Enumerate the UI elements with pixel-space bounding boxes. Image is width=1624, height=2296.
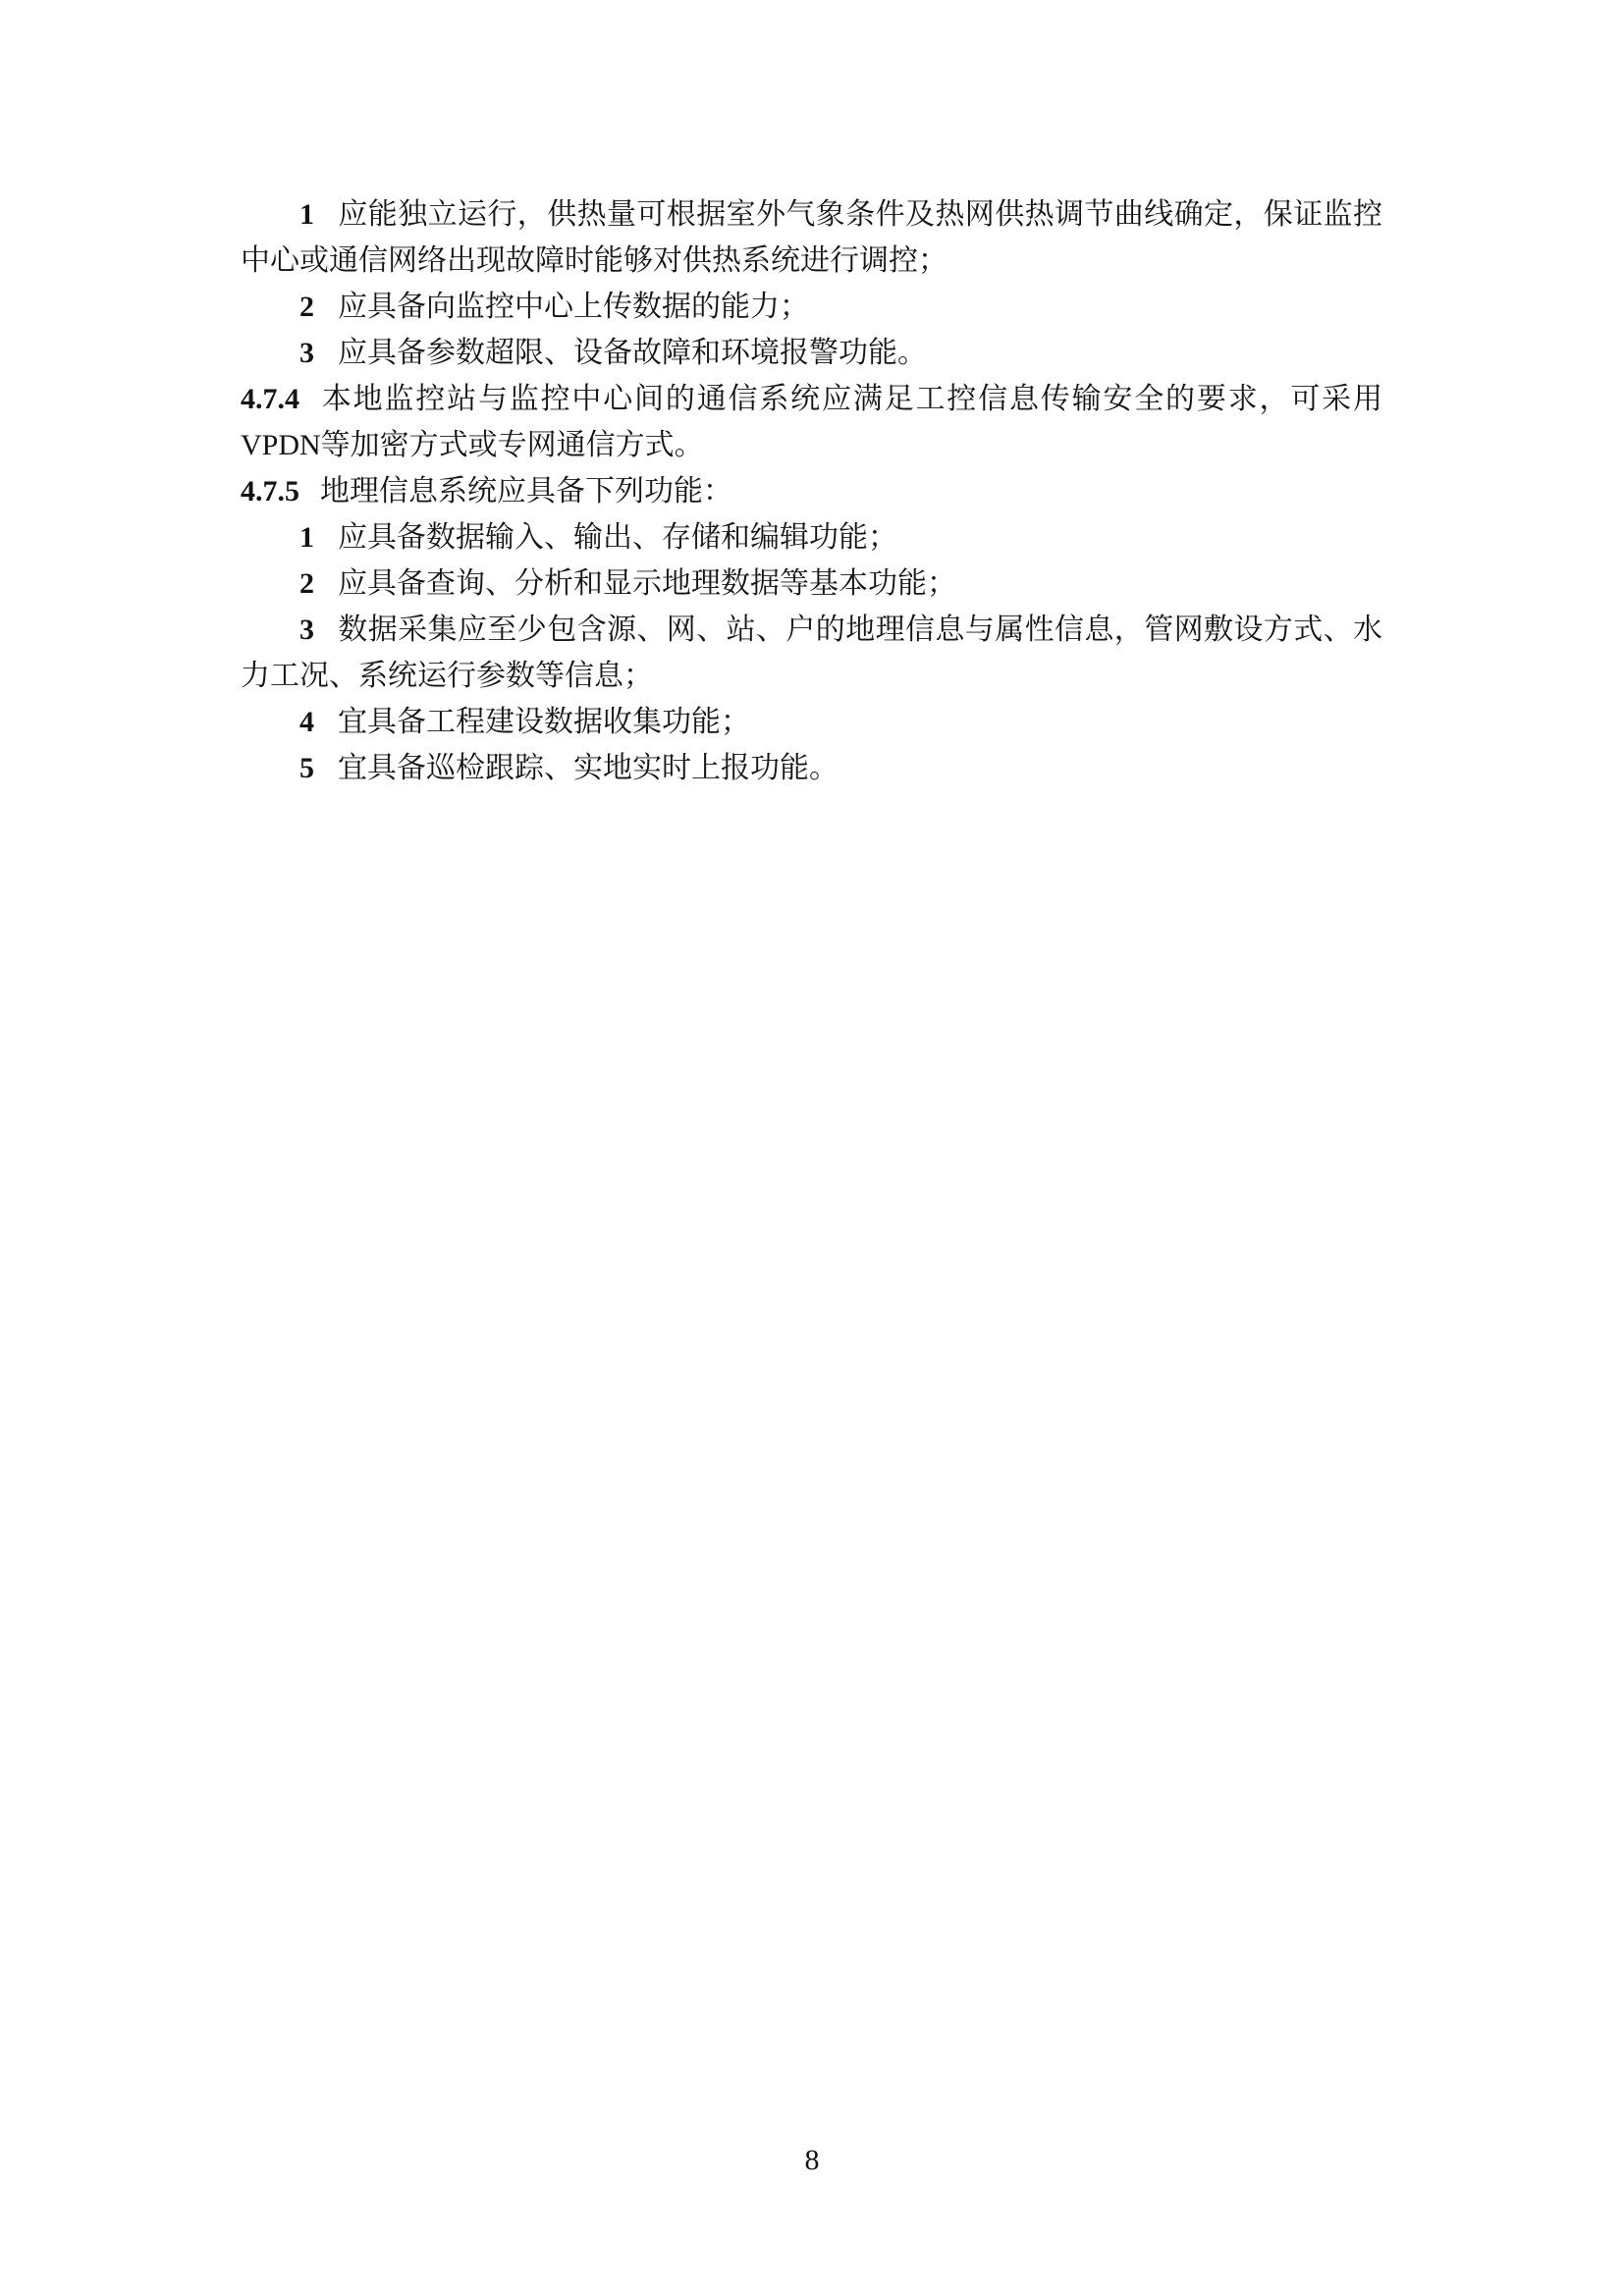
item-text: 宜具备巡检跟踪、实地实时上报功能。 — [338, 752, 839, 784]
item-number: 3 — [299, 337, 314, 369]
para-section-4-7-5: 4.7.5地理信息系统应具备下列功能： — [241, 468, 1382, 514]
item-text: 宜具备工程建设数据收集功能； — [338, 706, 750, 738]
section-number: 4.7.4 — [241, 383, 299, 415]
document-page: 1应能独立运行，供热量可根据室外气象条件及热网供热调节曲线确定，保证监控中心或通… — [0, 0, 1624, 2296]
section-text: 本地监控站与监控中心间的通信系统应满足工控信息传输安全的要求，可采用VPDN等加… — [241, 383, 1382, 461]
para-item-2b: 2应具备查询、分析和显示地理数据等基本功能； — [241, 561, 1382, 607]
section-text: 地理信息系统应具备下列功能： — [320, 475, 732, 507]
item-text: 数据采集应至少包含源、网、站、户的地理信息与属性信息，管网敷设方式、水力工况、系… — [241, 614, 1382, 692]
item-text: 应具备数据输入、输出、存储和编辑功能； — [338, 521, 897, 554]
item-number: 1 — [299, 198, 314, 231]
document-body: 1应能独立运行，供热量可根据室外气象条件及热网供热调节曲线确定，保证监控中心或通… — [241, 191, 1382, 791]
item-number: 2 — [299, 567, 314, 600]
para-item-5b: 5宜具备巡检跟踪、实地实时上报功能。 — [241, 745, 1382, 791]
item-number: 1 — [299, 521, 314, 554]
para-item-3b: 3数据采集应至少包含源、网、站、户的地理信息与属性信息，管网敷设方式、水力工况、… — [241, 607, 1382, 699]
para-section-4-7-4: 4.7.4本地监控站与监控中心间的通信系统应满足工控信息传输安全的要求，可采用V… — [241, 376, 1382, 468]
para-item-4b: 4宜具备工程建设数据收集功能； — [241, 699, 1382, 745]
item-number: 3 — [299, 614, 314, 646]
item-text: 应具备查询、分析和显示地理数据等基本功能； — [338, 567, 956, 600]
item-text: 应具备向监控中心上传数据的能力； — [338, 291, 809, 323]
para-item-1a: 1应能独立运行，供热量可根据室外气象条件及热网供热调节曲线确定，保证监控中心或通… — [241, 191, 1382, 284]
page-number: 8 — [0, 2143, 1624, 2178]
item-number: 4 — [299, 706, 314, 738]
para-item-1b: 1应具备数据输入、输出、存储和编辑功能； — [241, 514, 1382, 561]
item-number: 5 — [299, 752, 314, 784]
para-item-2a: 2应具备向监控中心上传数据的能力； — [241, 284, 1382, 330]
para-item-3a: 3应具备参数超限、设备故障和环境报警功能。 — [241, 330, 1382, 376]
item-text: 应具备参数超限、设备故障和环境报警功能。 — [338, 337, 927, 369]
section-number: 4.7.5 — [241, 475, 299, 507]
item-text: 应能独立运行，供热量可根据室外气象条件及热网供热调节曲线确定，保证监控中心或通信… — [241, 198, 1382, 277]
item-number: 2 — [299, 291, 314, 323]
